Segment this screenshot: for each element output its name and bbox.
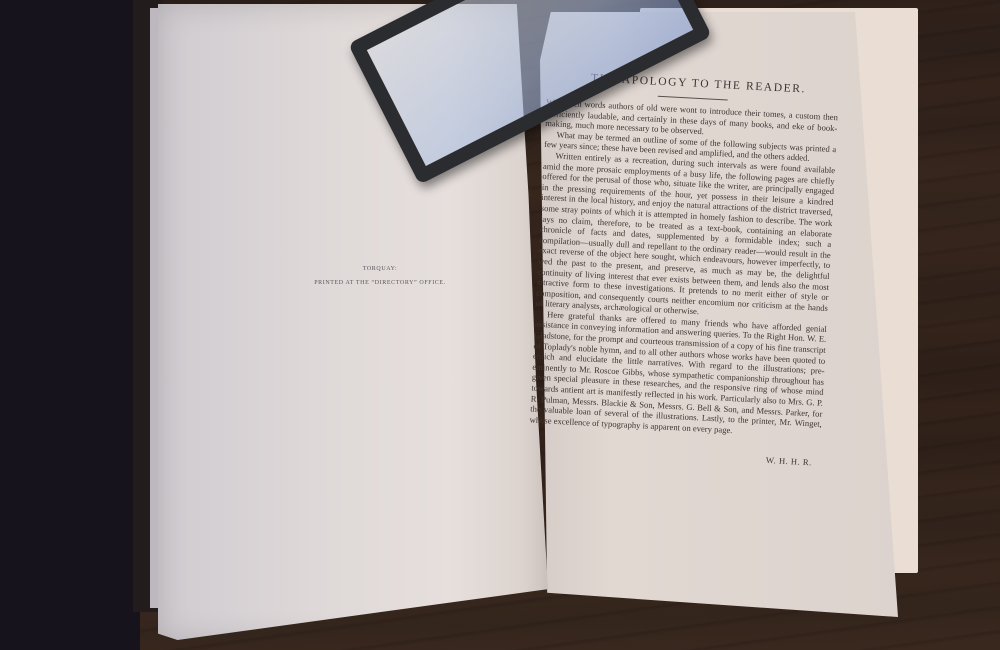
paragraph: Written entirely as a recreation, during… (535, 150, 835, 324)
imprint-printer: PRINTED AT THE “DIRECTORY” OFFICE. (280, 276, 480, 290)
dark-book-cover (0, 0, 140, 650)
printer-imprint: TORQUAY: PRINTED AT THE “DIRECTORY” OFFI… (280, 262, 480, 290)
imprint-place: TORQUAY: (280, 262, 480, 276)
apology-text: THE APOLOGY TO THE READER. With such wor… (528, 70, 840, 468)
paragraph: Here grateful thanks are offered to many… (529, 309, 827, 441)
title-rule (658, 96, 728, 101)
